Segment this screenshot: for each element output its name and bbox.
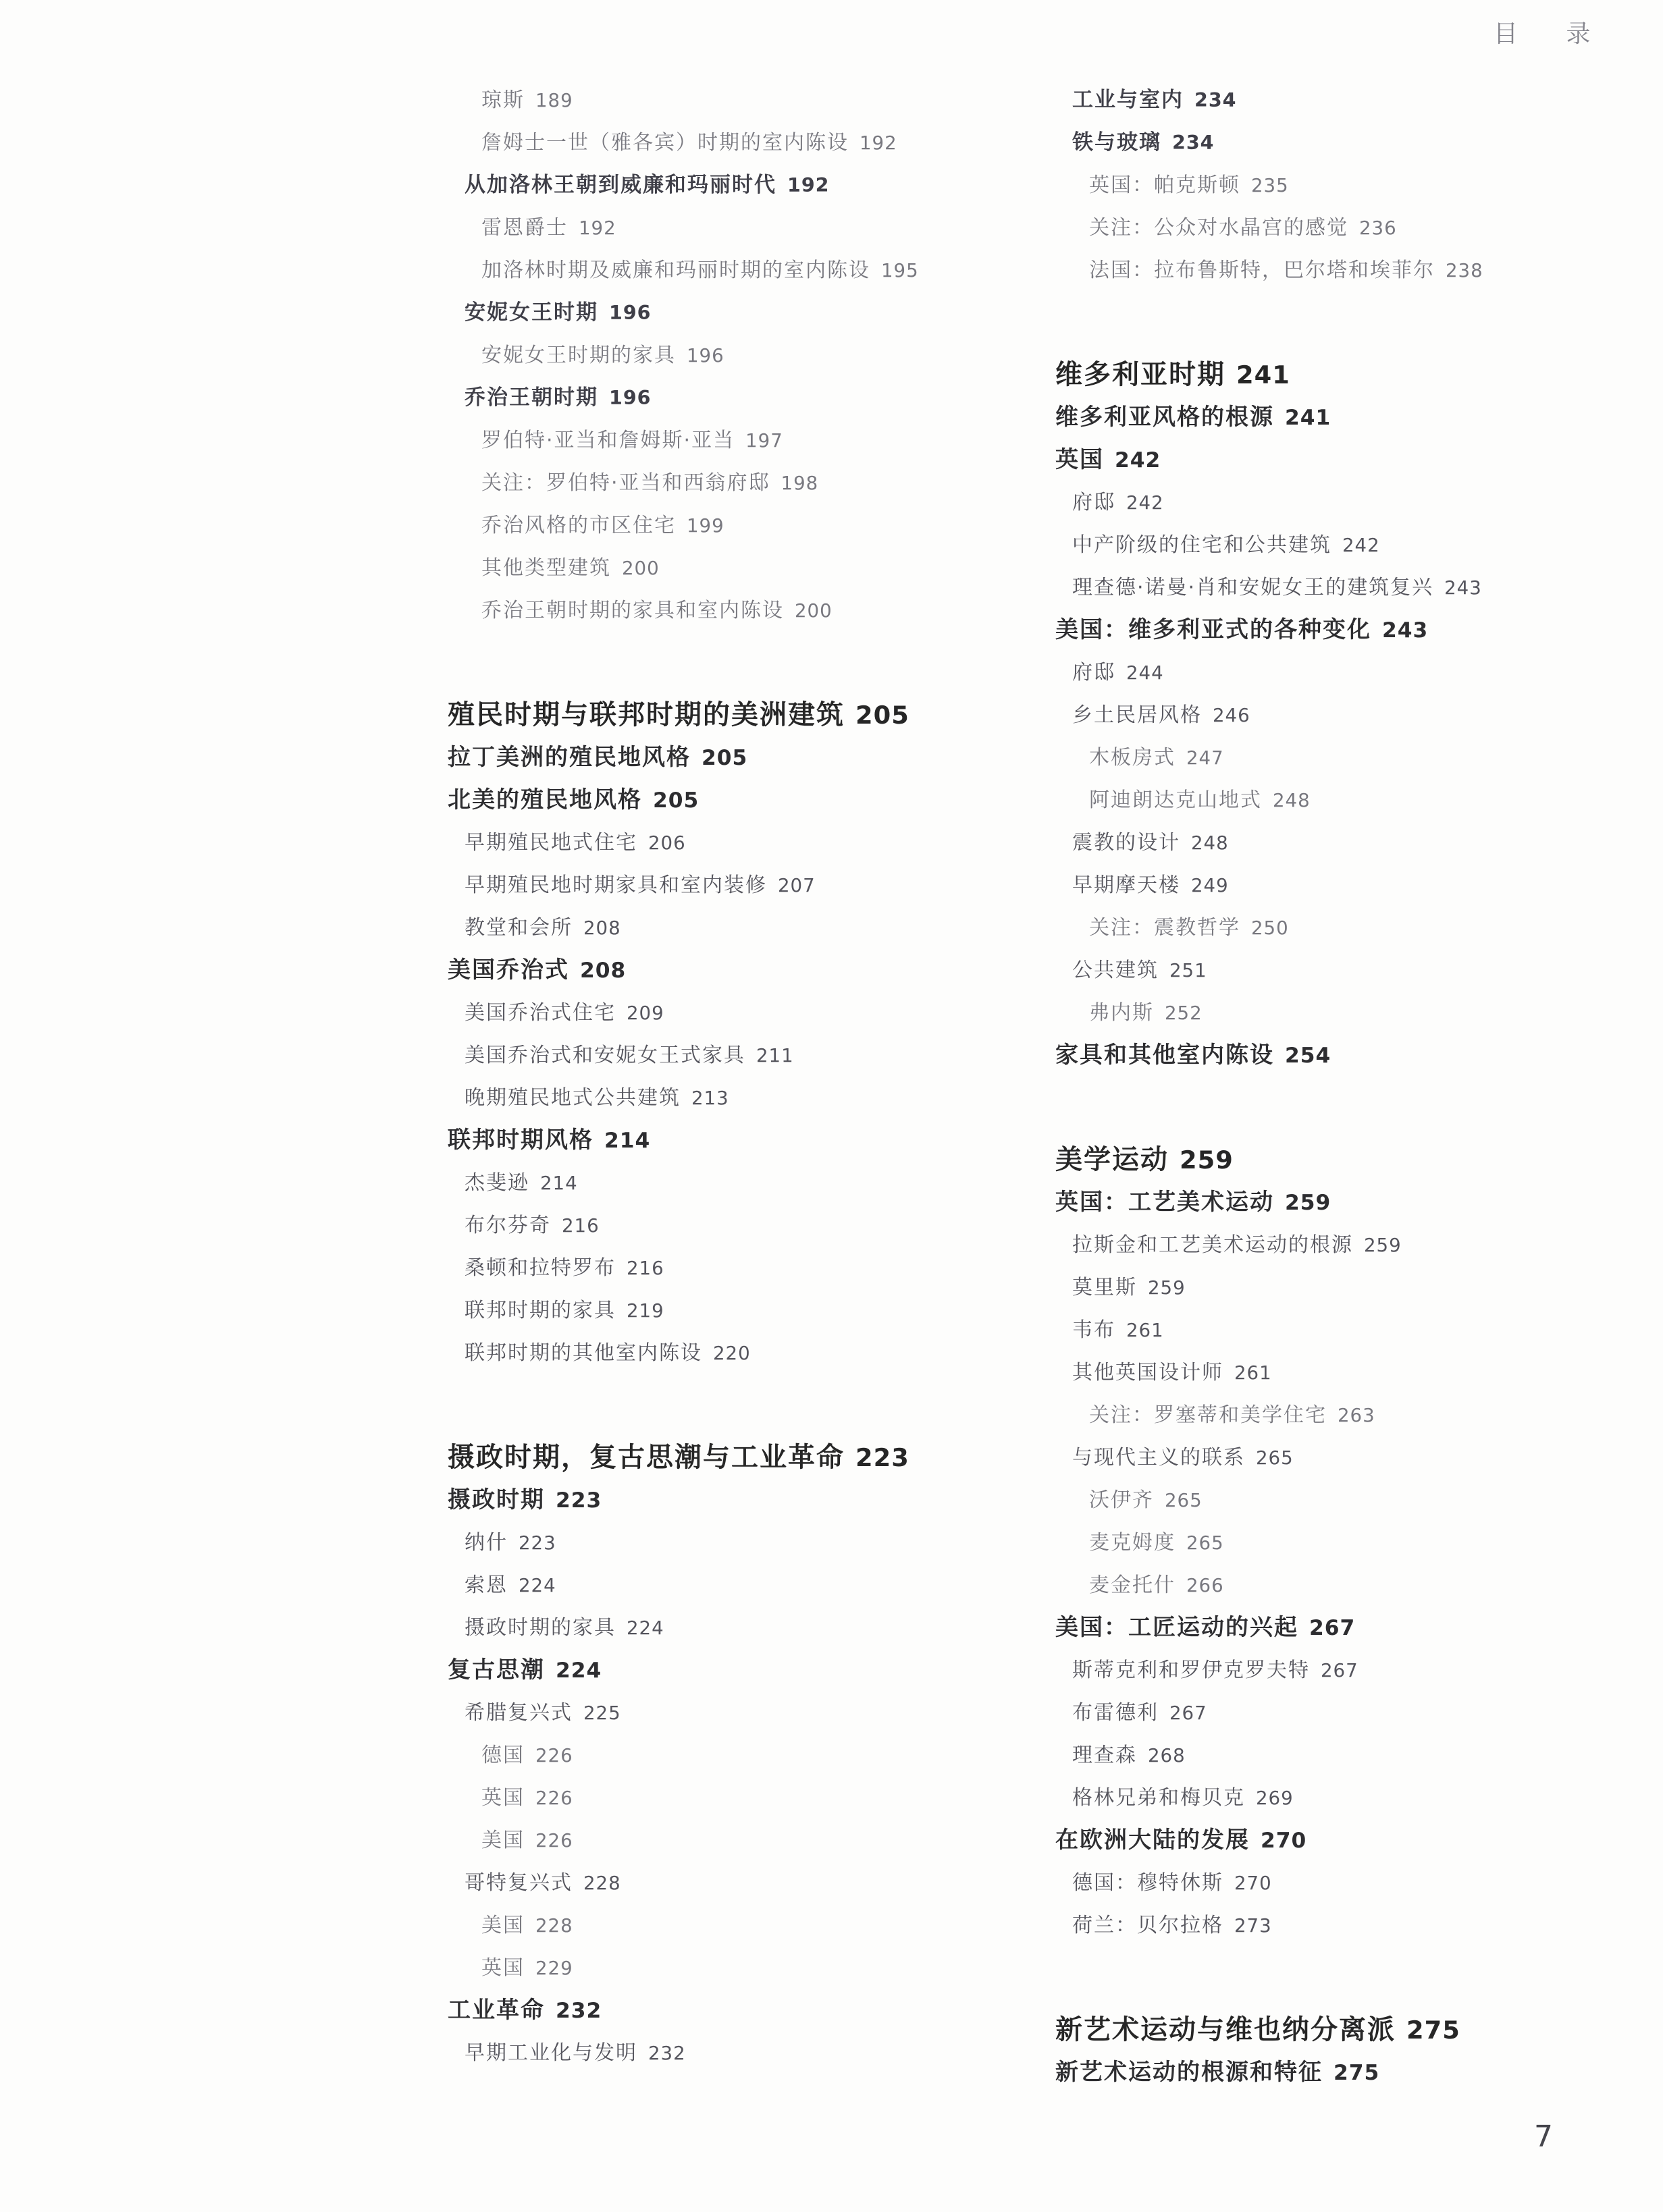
- toc-entry-page-number: 199: [687, 514, 724, 537]
- toc-entry: 早期工业化与发明232: [465, 2032, 988, 2074]
- toc-entry-page-number: 205: [653, 788, 699, 813]
- toc-entry-label: 斯蒂克利和罗伊克罗夫特: [1072, 1658, 1310, 1682]
- toc-right-column: 工业与室内234铁与玻璃234英国：帕克斯顿235关注：公众对水晶宫的感觉236…: [1055, 79, 1609, 2094]
- toc-entry-page-number: 220: [713, 1342, 751, 1364]
- toc-entry: 府邸244: [1072, 651, 1609, 694]
- toc-entry-label: 纳什: [465, 1531, 508, 1555]
- toc-entry: 纳什223: [465, 1521, 988, 1564]
- toc-entry-page-number: 259: [1285, 1191, 1331, 1215]
- toc-entry-label: 联邦时期的家具: [465, 1299, 616, 1322]
- toc-entry: 德国226: [481, 1734, 988, 1777]
- toc-entry: 摄政时期，复古思潮与工业革命223: [448, 1436, 988, 1479]
- toc-entry-page-number: 223: [855, 1443, 909, 1472]
- toc-entry: 中产阶级的住宅和公共建筑242: [1072, 524, 1609, 566]
- toc-entry: 英国：工艺美术运动259: [1055, 1181, 1609, 1224]
- toc-entry-page-number: 216: [562, 1214, 600, 1237]
- toc-entry-label: 美国: [481, 1829, 525, 1852]
- toc-entry-label: 荷兰：贝尔拉格: [1072, 1914, 1223, 1937]
- toc-entry-label: 德国：穆特休斯: [1072, 1871, 1223, 1895]
- toc-entry-label: 与现代主义的联系: [1072, 1446, 1245, 1469]
- toc-entry-label: 晚期殖民地式公共建筑: [465, 1086, 681, 1110]
- toc-entry-page-number: 208: [583, 917, 621, 939]
- toc-entry: 殖民时期与联邦时期的美洲建筑205: [448, 694, 988, 736]
- toc-entry: 工业革命232: [448, 1989, 988, 2032]
- toc-entry: 理查德·诺曼·肖和安妮女王的建筑复兴243: [1072, 566, 1609, 609]
- toc-entry: 英国226: [481, 1777, 988, 1819]
- toc-entry-label: 美学运动: [1055, 1144, 1169, 1175]
- toc-entry-label: 理查森: [1072, 1744, 1137, 1767]
- toc-entry: 乡土民居风格246: [1072, 694, 1609, 736]
- toc-entry-label: 拉丁美洲的殖民地风格: [448, 744, 691, 771]
- toc-entry-page-number: 232: [556, 1999, 602, 2023]
- toc-entry-label: 家具和其他室内陈设: [1055, 1042, 1274, 1069]
- toc-entry: 关注：震教哲学250: [1089, 907, 1609, 949]
- toc-entry-page-number: 197: [745, 429, 783, 452]
- toc-entry-label: 北美的殖民地风格: [448, 786, 642, 813]
- toc-entry: 从加洛林王朝到威廉和玛丽时代192: [465, 164, 988, 207]
- toc-entry-label: 詹姆士一世（雅各宾）时期的室内陈设: [481, 131, 849, 155]
- toc-entry: 布雷德利267: [1072, 1692, 1609, 1734]
- toc-entry-label: 早期殖民地时期家具和室内装修: [465, 873, 767, 897]
- toc-entry-label: 关注：公众对水晶宫的感觉: [1089, 216, 1348, 240]
- toc-entry-page-number: 241: [1236, 360, 1290, 389]
- toc-entry-label: 维多利亚风格的根源: [1055, 404, 1274, 431]
- toc-entry-label: 英国: [481, 1956, 525, 1980]
- toc-entry: 雷恩爵士192: [481, 207, 988, 249]
- toc-entry-page-number: 259: [1364, 1234, 1402, 1256]
- toc-entry-label: 乡土民居风格: [1072, 703, 1202, 727]
- toc-entry-page-number: 216: [627, 1257, 664, 1279]
- toc-entry-page-number: 200: [795, 599, 833, 622]
- toc-entry-label: 德国: [481, 1744, 525, 1767]
- toc-entry-label: 乔治风格的市区住宅: [481, 514, 676, 537]
- toc-entry-label: 杰斐逊: [465, 1171, 529, 1195]
- toc-entry-label: 其他英国设计师: [1072, 1361, 1223, 1384]
- toc-entry-page-number: 192: [860, 132, 897, 154]
- toc-entry-page-number: 196: [609, 387, 652, 409]
- toc-entry: 铁与玻璃234: [1072, 122, 1609, 164]
- toc-entry: 北美的殖民地风格205: [448, 779, 988, 821]
- toc-entry-page-number: 243: [1382, 618, 1428, 643]
- toc-entry: 弗内斯252: [1089, 992, 1609, 1034]
- toc-entry-page-number: 269: [1256, 1787, 1294, 1809]
- toc-entry-page-number: 270: [1234, 1872, 1272, 1894]
- toc-entry-page-number: 236: [1359, 217, 1397, 239]
- toc-entry-page-number: 265: [1256, 1447, 1294, 1469]
- toc-entry-page-number: 214: [604, 1129, 650, 1153]
- toc-entry-page-number: 265: [1186, 1532, 1224, 1554]
- toc-entry: 乔治风格的市区住宅199: [481, 504, 988, 547]
- toc-entry: 格林兄弟和梅贝克269: [1072, 1777, 1609, 1819]
- toc-entry-label: 摄政时期的家具: [465, 1616, 616, 1640]
- toc-entry: 晚期殖民地式公共建筑213: [465, 1077, 988, 1119]
- toc-entry: 关注：罗塞蒂和美学住宅263: [1089, 1394, 1609, 1436]
- toc-entry: 索恩224: [465, 1564, 988, 1607]
- toc-entry-page-number: 273: [1234, 1914, 1272, 1937]
- toc-entry-page-number: 267: [1309, 1616, 1355, 1640]
- toc-entry: 理查森268: [1072, 1734, 1609, 1777]
- toc-entry-page-number: 261: [1234, 1361, 1272, 1384]
- toc-entry-label: 工业与室内: [1072, 88, 1184, 112]
- toc-entry: 沃伊齐265: [1089, 1479, 1609, 1521]
- toc-entry: 工业与室内234: [1072, 79, 1609, 122]
- toc-entry-label: 早期工业化与发明: [465, 2041, 637, 2065]
- toc-entry-label: 关注：罗塞蒂和美学住宅: [1089, 1403, 1327, 1427]
- toc-entry: 维多利亚时期241: [1055, 354, 1609, 396]
- toc-entry: 布尔芬奇216: [465, 1204, 988, 1247]
- toc-entry-label: 中产阶级的住宅和公共建筑: [1072, 533, 1331, 557]
- toc-entry-label: 阿迪朗达克山地式: [1089, 788, 1262, 812]
- toc-entry: 英国229: [481, 1947, 988, 1989]
- toc-entry-label: 美国：工匠运动的兴起: [1055, 1614, 1298, 1641]
- toc-entry-label: 希腊复兴式: [465, 1701, 573, 1725]
- toc-entry-page-number: 251: [1169, 959, 1207, 981]
- toc-entry: 美国：维多利亚式的各种变化243: [1055, 609, 1609, 651]
- toc-entry-label: 英国：帕克斯顿: [1089, 173, 1240, 197]
- toc-entry-page-number: 205: [702, 746, 747, 770]
- toc-entry-page-number: 226: [535, 1829, 573, 1852]
- toc-entry-label: 乔治王朝时期: [465, 385, 598, 410]
- toc-entry: 希腊复兴式225: [465, 1692, 988, 1734]
- toc-entry-page-number: 226: [535, 1744, 573, 1766]
- toc-entry-label: 殖民时期与联邦时期的美洲建筑: [448, 699, 845, 730]
- toc-entry-page-number: 206: [648, 832, 686, 854]
- toc-entry: 关注：罗伯特·亚当和西翁府邸198: [481, 462, 988, 504]
- toc-entry-page-number: 252: [1165, 1002, 1203, 1024]
- page-number: 7: [1534, 2120, 1553, 2154]
- toc-entry-label: 维多利亚时期: [1055, 359, 1225, 390]
- toc-entry-page-number: 250: [1251, 917, 1289, 939]
- toc-entry-label: 公共建筑: [1072, 959, 1159, 982]
- toc-entry-label: 加洛林时期及威廉和玛丽时期的室内陈设: [481, 259, 870, 282]
- toc-entry: 新艺术运动的根源和特征275: [1055, 2051, 1609, 2094]
- toc-entry: 美国乔治式和安妮女王式家具211: [465, 1034, 988, 1077]
- toc-entry-page-number: 247: [1186, 747, 1224, 769]
- toc-entry-label: 新艺术运动的根源和特征: [1055, 2059, 1323, 2086]
- toc-entry-label: 府邸: [1072, 491, 1115, 514]
- toc-entry-page-number: 223: [556, 1488, 602, 1513]
- toc-entry-page-number: 246: [1213, 704, 1250, 726]
- toc-entry-label: 布尔芬奇: [465, 1214, 551, 1237]
- toc-entry: 美国228: [481, 1904, 988, 1947]
- toc-entry: 家具和其他室内陈设254: [1055, 1034, 1609, 1077]
- toc-entry: 美国：工匠运动的兴起267: [1055, 1607, 1609, 1649]
- toc-entry: 美国226: [481, 1819, 988, 1862]
- toc-entry: 詹姆士一世（雅各宾）时期的室内陈设192: [481, 122, 988, 164]
- toc-entry-page-number: 235: [1251, 174, 1289, 196]
- toc-entry-page-number: 192: [787, 174, 830, 196]
- toc-entry-label: 美国乔治式住宅: [465, 1001, 616, 1025]
- toc-entry: 早期殖民地式住宅206: [465, 821, 988, 864]
- toc-entry-label: 摄政时期: [448, 1486, 545, 1513]
- toc-entry-label: 雷恩爵士: [481, 216, 568, 240]
- toc-entry: 乔治王朝时期196: [465, 377, 988, 419]
- toc-entry-page-number: 211: [756, 1044, 794, 1067]
- toc-entry: 其他类型建筑200: [481, 547, 988, 589]
- toc-entry-page-number: 275: [1334, 2061, 1379, 2085]
- toc-entry-label: 韦布: [1072, 1318, 1115, 1342]
- toc-entry: 琼斯189: [481, 79, 988, 122]
- toc-entry-page-number: 214: [540, 1172, 578, 1194]
- toc-entry-page-number: 241: [1285, 406, 1331, 430]
- toc-entry-page-number: 265: [1165, 1489, 1203, 1511]
- toc-entry-page-number: 267: [1321, 1659, 1358, 1681]
- toc-entry: 新艺术运动与维也纳分离派275: [1055, 2009, 1609, 2051]
- toc-entry-page-number: 244: [1126, 662, 1164, 684]
- toc-entry: 美国乔治式住宅209: [465, 992, 988, 1034]
- toc-entry-label: 沃伊齐: [1089, 1488, 1154, 1512]
- toc-entry-label: 哥特复兴式: [465, 1871, 573, 1895]
- toc-entry-page-number: 205: [855, 701, 909, 730]
- toc-entry-label: 安妮女王时期的家具: [481, 344, 676, 367]
- toc-entry-page-number: 263: [1338, 1404, 1375, 1426]
- toc-entry: 安妮女王时期196: [465, 292, 988, 334]
- toc-entry-page-number: 224: [556, 1658, 602, 1683]
- toc-entry-label: 布雷德利: [1072, 1701, 1159, 1725]
- toc-entry-page-number: 249: [1191, 874, 1229, 896]
- toc-entry: 在欧洲大陆的发展270: [1055, 1819, 1609, 1862]
- toc-entry-page-number: 213: [691, 1087, 729, 1109]
- toc-entry: 美国乔治式208: [448, 949, 988, 992]
- toc-entry-label: 从加洛林王朝到威廉和玛丽时代: [465, 173, 776, 197]
- toc-entry: 英国：帕克斯顿235: [1089, 164, 1609, 207]
- toc-entry-label: 其他类型建筑: [481, 556, 611, 580]
- toc-entry: 麦克姆度265: [1089, 1521, 1609, 1564]
- toc-entry-page-number: 225: [583, 1702, 621, 1724]
- toc-entry: 麦金托什266: [1089, 1564, 1609, 1607]
- toc-entry-page-number: 270: [1261, 1829, 1306, 1853]
- toc-entry: 阿迪朗达克山地式248: [1089, 779, 1609, 821]
- toc-entry-page-number: 208: [580, 959, 626, 983]
- toc-entry-page-number: 242: [1126, 491, 1164, 514]
- toc-entry-page-number: 275: [1406, 2016, 1460, 2045]
- toc-entry-page-number: 229: [535, 1957, 573, 1979]
- toc-entry-page-number: 198: [781, 472, 819, 494]
- toc-entry: 教堂和会所208: [465, 907, 988, 949]
- toc-entry-label: 美国乔治式: [448, 956, 569, 983]
- toc-entry: 摄政时期的家具224: [465, 1607, 988, 1649]
- toc-entry-label: 教堂和会所: [465, 916, 573, 940]
- page-title: 目 录: [1494, 15, 1610, 49]
- toc-entry-page-number: 259: [1180, 1145, 1234, 1175]
- toc-entry-page-number: 226: [535, 1787, 573, 1809]
- toc-entry-page-number: 224: [627, 1617, 664, 1639]
- toc-entry-page-number: 261: [1126, 1319, 1164, 1341]
- toc-entry-page-number: 196: [609, 302, 652, 324]
- toc-entry-label: 府邸: [1072, 661, 1115, 684]
- toc-entry-page-number: 189: [535, 89, 573, 111]
- toc-entry: 摄政时期223: [448, 1479, 988, 1521]
- toc-entry-page-number: 192: [579, 217, 616, 239]
- toc-page: { "page": { "header": "目 录", "page_numbe…: [0, 0, 1663, 2212]
- toc-entry-label: 罗伯特·亚当和詹姆斯·亚当: [481, 429, 735, 452]
- toc-entry-label: 英国: [1055, 446, 1104, 473]
- toc-entry-page-number: 209: [627, 1002, 664, 1024]
- toc-entry: 早期殖民地时期家具和室内装修207: [465, 864, 988, 907]
- toc-entry-label: 震教的设计: [1072, 831, 1180, 855]
- toc-entry-label: 美国乔治式和安妮女王式家具: [465, 1044, 745, 1067]
- toc-entry: 罗伯特·亚当和詹姆斯·亚当197: [481, 419, 988, 462]
- toc-entry: 荷兰：贝尔拉格273: [1072, 1904, 1609, 1947]
- toc-entry-page-number: 242: [1342, 534, 1380, 556]
- toc-entry: 公共建筑251: [1072, 949, 1609, 992]
- toc-entry-page-number: 248: [1191, 832, 1229, 854]
- toc-entry-label: 摄政时期，复古思潮与工业革命: [448, 1442, 845, 1473]
- toc-entry-label: 英国：工艺美术运动: [1055, 1189, 1274, 1216]
- toc-entry: 韦布261: [1072, 1309, 1609, 1351]
- toc-entry: 其他英国设计师261: [1072, 1351, 1609, 1394]
- toc-entry-page-number: 234: [1194, 89, 1237, 111]
- toc-entry-page-number: 248: [1273, 789, 1311, 811]
- toc-entry-page-number: 238: [1446, 259, 1483, 281]
- toc-entry: 桑顿和拉特罗布216: [465, 1247, 988, 1289]
- toc-entry: 关注：公众对水晶宫的感觉236: [1089, 207, 1609, 249]
- toc-entry-page-number: 267: [1169, 1702, 1207, 1724]
- toc-entry-label: 琼斯: [481, 88, 525, 112]
- toc-entry-page-number: 224: [519, 1574, 556, 1596]
- toc-entry-label: 在欧洲大陆的发展: [1055, 1827, 1250, 1854]
- toc-entry-page-number: 232: [648, 2042, 686, 2064]
- toc-entry-page-number: 259: [1148, 1276, 1186, 1299]
- toc-entry-label: 新艺术运动与维也纳分离派: [1055, 2014, 1396, 2045]
- toc-entry-label: 早期摩天楼: [1072, 873, 1180, 897]
- toc-entry: 联邦时期的家具219: [465, 1289, 988, 1332]
- toc-entry-label: 拉斯金和工艺美术运动的根源: [1072, 1233, 1353, 1257]
- toc-entry-label: 理查德·诺曼·肖和安妮女王的建筑复兴: [1072, 576, 1433, 599]
- toc-entry-label: 法国：拉布鲁斯特，巴尔塔和埃菲尔: [1089, 259, 1435, 282]
- toc-entry-label: 索恩: [465, 1573, 508, 1597]
- toc-entry-label: 联邦时期的其他室内陈设: [465, 1341, 702, 1365]
- toc-entry-label: 联邦时期风格: [448, 1127, 593, 1154]
- toc-entry-page-number: 234: [1172, 132, 1215, 154]
- toc-entry: 英国242: [1055, 439, 1609, 481]
- toc-entry: 震教的设计248: [1072, 821, 1609, 864]
- toc-entry-label: 乔治王朝时期的家具和室内陈设: [481, 599, 784, 622]
- toc-entry: 拉丁美洲的殖民地风格205: [448, 736, 988, 779]
- toc-entry-label: 安妮女王时期: [465, 300, 598, 325]
- toc-entry-page-number: 196: [687, 344, 724, 367]
- toc-entry-label: 桑顿和拉特罗布: [465, 1256, 616, 1280]
- toc-entry-page-number: 219: [627, 1299, 664, 1322]
- toc-entry: 法国：拉布鲁斯特，巴尔塔和埃菲尔238: [1089, 249, 1609, 292]
- toc-entry: 联邦时期的其他室内陈设220: [465, 1332, 988, 1374]
- toc-entry-label: 麦克姆度: [1089, 1531, 1176, 1555]
- toc-entry-label: 格林兄弟和梅贝克: [1072, 1786, 1245, 1810]
- toc-entry: 拉斯金和工艺美术运动的根源259: [1072, 1224, 1609, 1266]
- toc-entry: 与现代主义的联系265: [1072, 1436, 1609, 1479]
- toc-entry: 早期摩天楼249: [1072, 864, 1609, 907]
- toc-entry-label: 弗内斯: [1089, 1001, 1154, 1025]
- toc-entry-label: 复古思潮: [448, 1656, 545, 1683]
- toc-entry: 乔治王朝时期的家具和室内陈设200: [481, 589, 988, 632]
- toc-entry-label: 关注：罗伯特·亚当和西翁府邸: [481, 471, 770, 495]
- toc-entry: 斯蒂克利和罗伊克罗夫特267: [1072, 1649, 1609, 1692]
- toc-entry: 安妮女王时期的家具196: [481, 334, 988, 377]
- toc-left-column: 琼斯189詹姆士一世（雅各宾）时期的室内陈设192从加洛林王朝到威廉和玛丽时代1…: [448, 79, 988, 2074]
- toc-entry: 德国：穆特休斯270: [1072, 1862, 1609, 1904]
- toc-entry: 木板房式247: [1089, 736, 1609, 779]
- toc-entry: 复古思潮224: [448, 1649, 988, 1692]
- toc-entry-label: 铁与玻璃: [1072, 130, 1161, 155]
- toc-entry-page-number: 268: [1148, 1744, 1186, 1766]
- toc-entry-label: 工业革命: [448, 1997, 545, 2024]
- toc-entry: 加洛林时期及威廉和玛丽时期的室内陈设195: [481, 249, 988, 292]
- toc-entry-label: 莫里斯: [1072, 1276, 1137, 1299]
- toc-entry-label: 麦金托什: [1089, 1573, 1176, 1597]
- toc-entry-label: 美国：维多利亚式的各种变化: [1055, 616, 1371, 643]
- toc-entry-label: 美国: [481, 1914, 525, 1937]
- toc-entry-page-number: 228: [535, 1914, 573, 1937]
- toc-entry: 杰斐逊214: [465, 1162, 988, 1204]
- toc-entry-page-number: 200: [622, 557, 660, 579]
- toc-entry-page-number: 254: [1285, 1044, 1331, 1068]
- toc-entry-page-number: 223: [519, 1532, 556, 1554]
- toc-entry-page-number: 228: [583, 1872, 621, 1894]
- toc-entry: 联邦时期风格214: [448, 1119, 988, 1162]
- toc-entry-page-number: 242: [1115, 448, 1161, 473]
- toc-entry-page-number: 266: [1186, 1574, 1224, 1596]
- toc-entry: 维多利亚风格的根源241: [1055, 396, 1609, 439]
- toc-entry-page-number: 207: [778, 874, 816, 896]
- toc-entry: 府邸242: [1072, 481, 1609, 524]
- toc-entry-label: 早期殖民地式住宅: [465, 831, 637, 855]
- toc-entry-label: 关注：震教哲学: [1089, 916, 1240, 940]
- toc-entry: 哥特复兴式228: [465, 1862, 988, 1904]
- toc-entry: 美学运动259: [1055, 1139, 1609, 1181]
- toc-entry-label: 木板房式: [1089, 746, 1176, 770]
- toc-entry: 莫里斯259: [1072, 1266, 1609, 1309]
- toc-entry-page-number: 195: [881, 259, 919, 281]
- toc-entry-label: 英国: [481, 1786, 525, 1810]
- toc-entry-page-number: 243: [1444, 576, 1482, 599]
